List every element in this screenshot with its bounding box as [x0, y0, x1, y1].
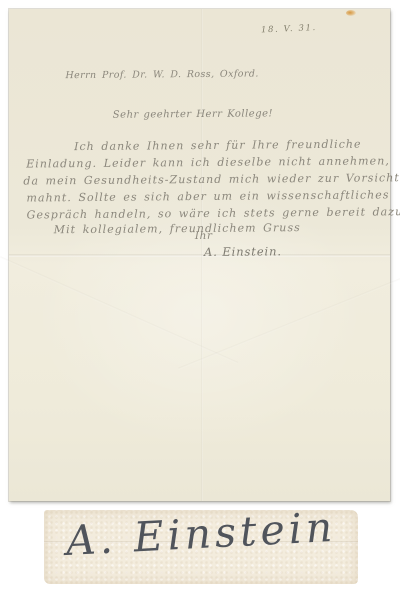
recipient-line: Herrn Prof. Dr. W. D. Ross, Oxford.	[65, 68, 258, 81]
letter-sheet: 18. V. 31. Herrn Prof. Dr. W. D. Ross, O…	[9, 9, 390, 501]
enlarged-signature-text: A. Einstein	[65, 503, 338, 565]
signature-line: A. Einstein.	[204, 244, 282, 259]
body-line: Mit kollegialem, freundlichem Gruss	[54, 221, 301, 236]
closing-line: Ihr	[195, 230, 213, 242]
body-line: Gespräch handeln, so wäre ich stets gern…	[27, 205, 400, 221]
body-line: Ich danke Ihnen sehr für Ihre freundlich…	[74, 138, 362, 154]
letter-text: 18. V. 31. Herrn Prof. Dr. W. D. Ross, O…	[7, 7, 392, 502]
body-line: mahnt. Sollte es sich aber um ein wissen…	[26, 188, 389, 204]
date-text: 18. V. 31.	[261, 23, 317, 35]
letter-photo: { "image": { "description": "Photograph …	[0, 0, 400, 599]
signature-strip: A. Einstein	[44, 510, 358, 584]
body-line: da mein Gesundheits-Zustand mich wieder …	[23, 171, 400, 187]
body-line: Einladung. Leider kann ich dieselbe nich…	[26, 154, 390, 170]
salutation-line: Sehr geehrter Herr Kollege!	[113, 108, 273, 120]
